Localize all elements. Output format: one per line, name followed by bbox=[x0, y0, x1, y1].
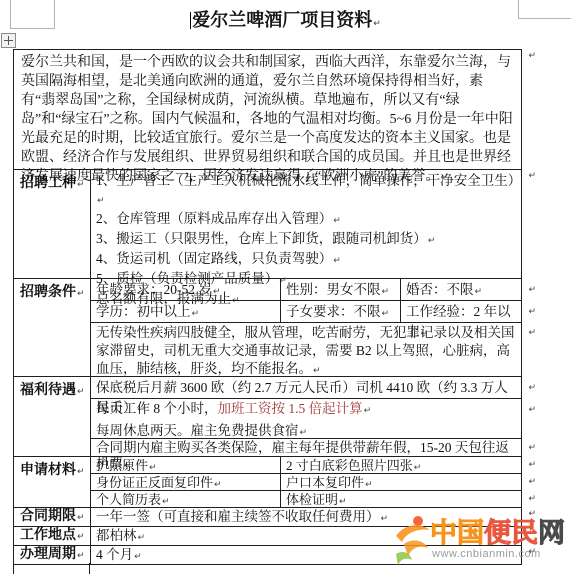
hukou-cell[interactable]: 户口本复印件↵ bbox=[281, 474, 521, 490]
materials-subrow-1: 护照原件↵ 2 寸白底彩色照片四张↵ ↵ bbox=[91, 457, 521, 474]
move-handle-icon bbox=[4, 40, 13, 41]
contract-label-cell[interactable]: 合同期限↵ bbox=[14, 508, 91, 526]
row-end-mark: ↵ bbox=[528, 302, 536, 322]
period-label-cell[interactable]: 办理周期↵ bbox=[14, 546, 91, 564]
table-row-contract: 合同期限↵ 一年一签（可直接和雇主续签不收取任何费用）↵ ↵ bbox=[14, 508, 521, 527]
location-label: 工作地点 bbox=[20, 528, 76, 543]
paragraph-mark: ↵ bbox=[134, 552, 142, 562]
conditions-subrow-1: 年龄要求：20-52 岁↵ 性别：男女不限↵ 婚否：不限↵ ↵ bbox=[91, 279, 521, 301]
paragraph-mark: ↵ bbox=[313, 366, 321, 376]
welfare-insurance-row: 合同期内雇主购买各类保险，雇主每年提供带薪年假，15-20 天包往返机票↵ ↵ bbox=[91, 439, 521, 457]
job-item-text: 4、货运司机（固定路线，只负责驾驶） bbox=[96, 251, 332, 266]
job-item: 4、货运司机（固定路线，只负责驾驶）↵ bbox=[91, 250, 521, 270]
paragraph-mark: ↵ bbox=[333, 256, 341, 266]
paragraph-mark: ↵ bbox=[428, 236, 436, 246]
photo-cell[interactable]: 2 寸白底彩色照片四张↵ bbox=[281, 457, 521, 473]
jobs-label-cell[interactable]: 招聘工种↵ bbox=[14, 170, 91, 278]
paragraph-mark: ↵ bbox=[382, 287, 390, 297]
table-row-welfare: 福利待遇↵ 保底税后月薪 3600 欧（约 2.7 万元人民币）司机 4410 … bbox=[14, 377, 521, 457]
job-item: 3、搬运工（只限男性，仓库上下卸货，跟随司机卸货）↵ bbox=[91, 230, 521, 250]
row-end-mark: ↵ bbox=[528, 440, 536, 456]
jobs-label: 招聘工种 bbox=[20, 176, 76, 191]
resume-cell[interactable]: 个人简历表↵ bbox=[91, 491, 281, 508]
table-row-materials: 申请材料↵ 护照原件↵ 2 寸白底彩色照片四张↵ ↵ 身份证正反面复印件↵ 户口… bbox=[14, 457, 521, 508]
welfare-label: 福利待遇 bbox=[20, 383, 76, 398]
welfare-salary-row: 保底税后月薪 3600 欧（约 2.7 万元人民币）司机 4410 欧（约 3.… bbox=[91, 377, 521, 399]
row-end-mark: ↵ bbox=[528, 400, 536, 420]
row-end-mark: ↵ bbox=[528, 492, 536, 507]
age-text: 年龄要求：20-52 岁 bbox=[96, 282, 212, 297]
hukou-text: 户口本复印件 bbox=[286, 475, 364, 490]
resume-text: 个人简历表 bbox=[96, 492, 161, 507]
job-item: 2、仓库管理（原料成品库存出入管理）↵ bbox=[91, 210, 521, 230]
contract-value-text: 一年一签（可直接和雇主续签不收取任何费用） bbox=[96, 509, 380, 524]
page-title: 爱尔兰啤酒厂项目资料 bbox=[192, 10, 372, 30]
paragraph-mark: ↵ bbox=[77, 387, 85, 397]
paragraph-mark: ↵ bbox=[77, 551, 85, 561]
row-end-mark: ↵ bbox=[528, 475, 536, 490]
location-value-cell[interactable]: 都柏林↵ bbox=[91, 527, 521, 545]
passport-cell[interactable]: 护照原件↵ bbox=[91, 457, 281, 473]
health-cell[interactable]: 体检证明↵ bbox=[281, 491, 521, 508]
job-item-text: 3、搬运工（只限男性，仓库上下卸货，跟随司机卸货） bbox=[96, 231, 427, 246]
idcard-text: 身份证正反面复印件 bbox=[96, 475, 213, 490]
paragraph-mark: ↵ bbox=[365, 480, 373, 490]
rest-text: 每周休息两天。雇主免费提供食宿 bbox=[96, 423, 299, 438]
marriage-text: 婚否：不限 bbox=[406, 282, 474, 297]
paragraph-mark: ↵ bbox=[333, 216, 341, 226]
table-row-conditions: 招聘条件↵ 年龄要求：20-52 岁↵ 性别：男女不限↵ 婚否：不限↵ ↵ 学历… bbox=[14, 279, 521, 377]
paragraph-mark: ↵ bbox=[97, 196, 105, 206]
contract-label: 合同期限 bbox=[20, 509, 76, 524]
paragraph-mark: ↵ bbox=[214, 480, 222, 490]
materials-subrow-2: 身份证正反面复印件↵ 户口本复印件↵ ↵ bbox=[91, 474, 521, 491]
row-end-mark: ↵ bbox=[528, 171, 536, 181]
conditions-note-cell[interactable]: 无传染性疾病四肢健全，服从管理，吃苦耐劳，无犯罪记录以及相关国家滞留史，司机无重… bbox=[91, 323, 521, 377]
table-row-jobs: 招聘工种↵ 1、生产普工（生产工人机械化流水线工作，简单操作，干净安全卫生）↵ … bbox=[14, 170, 521, 279]
table-border-continuation bbox=[89, 563, 90, 574]
location-label-cell[interactable]: 工作地点↵ bbox=[14, 527, 91, 545]
paragraph-mark: ↵ bbox=[77, 180, 85, 190]
conditions-label: 招聘条件 bbox=[20, 285, 76, 300]
table-row-intro: 爱尔兰共和国，是一个西欧的议会共和制国家，西临大西洋，东靠爱尔兰海，与英国隔海相… bbox=[14, 50, 521, 170]
row-end-mark: ↵ bbox=[528, 51, 536, 61]
location-value-text: 都柏林 bbox=[96, 528, 137, 543]
paragraph-mark: ↵ bbox=[213, 287, 221, 297]
job-item-text: 2、仓库管理（原料成品库存出入管理） bbox=[96, 211, 332, 226]
row-end-mark: ↵ bbox=[528, 547, 536, 557]
paragraph-mark: ↵ bbox=[373, 19, 381, 29]
row-end-mark: ↵ bbox=[528, 324, 536, 342]
paragraph-mark: ↵ bbox=[77, 513, 85, 523]
conditions-note-text: 无传染性疾病四肢健全，服从管理，吃苦耐劳，无犯罪记录以及相关国家滞留史，司机无重… bbox=[96, 325, 515, 376]
salary-cell[interactable]: 保底税后月薪 3600 欧（约 2.7 万元人民币）司机 4410 欧（约 3.… bbox=[91, 377, 521, 398]
paragraph-mark: ↵ bbox=[192, 309, 200, 319]
intro-cell[interactable]: 爱尔兰共和国，是一个西欧的议会共和制国家，西临大西洋，东靠爱尔兰海，与英国隔海相… bbox=[14, 50, 521, 169]
overtime-text: 加班工资按 1.5 倍起计算 bbox=[218, 401, 363, 416]
paragraph-mark: ↵ bbox=[364, 406, 372, 416]
brand-part-wang: 网 bbox=[538, 518, 565, 548]
paragraph-mark: ↵ bbox=[77, 532, 85, 542]
paragraph-mark: ↵ bbox=[339, 497, 347, 507]
insurance-cell[interactable]: 合同期内雇主购买各类保险，雇主每年提供带薪年假，15-20 天包往返机票↵ bbox=[91, 439, 521, 457]
paragraph-mark: ↵ bbox=[382, 309, 390, 319]
table-row-location: 工作地点↵ 都柏林↵ ↵ bbox=[14, 527, 521, 546]
jobs-content-cell[interactable]: 1、生产普工（生产工人机械化流水线工作，简单操作，干净安全卫生）↵ 2、仓库管理… bbox=[91, 170, 521, 278]
children-cell[interactable]: 子女要求：不限↵ bbox=[281, 301, 401, 322]
row-end-mark: ↵ bbox=[528, 528, 536, 538]
health-text: 体检证明 bbox=[286, 492, 338, 507]
materials-subrow-3: 个人简历表↵ 体检证明↵ ↵ bbox=[91, 491, 521, 508]
paragraph-mark: ↵ bbox=[149, 463, 157, 473]
table-row-period: 办理周期↵ 4 个月↵ ↵ bbox=[14, 546, 521, 564]
row-end-mark: ↵ bbox=[528, 280, 536, 300]
hours-text: 每天工作 8 个小时， bbox=[96, 401, 218, 416]
marriage-cell[interactable]: 婚否：不限↵ bbox=[401, 279, 521, 300]
paragraph-mark: ↵ bbox=[77, 467, 85, 477]
row-end-mark: ↵ bbox=[528, 458, 536, 473]
age-cell[interactable]: 年龄要求：20-52 岁↵ bbox=[91, 279, 281, 300]
conditions-label-cell[interactable]: 招聘条件↵ bbox=[14, 279, 91, 376]
passport-text: 护照原件 bbox=[96, 458, 148, 473]
paragraph-mark: ↵ bbox=[77, 289, 85, 299]
paragraph-mark: ↵ bbox=[138, 533, 146, 543]
children-text: 子女要求：不限 bbox=[286, 304, 381, 319]
welfare-label-cell[interactable]: 福利待遇↵ bbox=[14, 377, 91, 456]
gender-cell[interactable]: 性别：男女不限↵ bbox=[281, 279, 401, 300]
job-item-text: 1、生产普工（生产工人机械化流水线工作，简单操作，干净安全卫生） bbox=[96, 173, 521, 188]
intro-text: 爱尔兰共和国，是一个西欧的议会共和制国家，西临大西洋，东靠爱尔兰海，与英国隔海相… bbox=[21, 55, 513, 184]
document-title-row: 爱尔兰啤酒厂项目资料↵ bbox=[0, 8, 571, 36]
conditions-subrow-2: 学历：初中以上↵ 子女要求：不限↵ 工作经验：2 年以上↵ ↵ bbox=[91, 301, 521, 323]
period-value-text: 4 个月 bbox=[96, 547, 133, 562]
contract-value-cell[interactable]: 一年一签（可直接和雇主续签不收取任何费用）↵ bbox=[91, 508, 521, 526]
experience-cell[interactable]: 工作经验：2 年以上↵ bbox=[401, 301, 521, 322]
job-item: 1、生产普工（生产工人机械化流水线工作，简单操作，干净安全卫生）↵ bbox=[91, 172, 521, 210]
period-label: 办理周期 bbox=[20, 547, 76, 562]
photo-text: 2 寸白底彩色照片四张 bbox=[286, 458, 413, 473]
row-end-mark: ↵ bbox=[528, 378, 536, 398]
period-value-cell[interactable]: 4 个月↵ bbox=[91, 546, 521, 564]
education-text: 学历：初中以上 bbox=[96, 304, 191, 319]
document-page: 爱尔兰啤酒厂项目资料↵ 爱尔兰共和国，是一个西欧的议会共和制国家，西临大西洋，东… bbox=[0, 0, 571, 574]
paragraph-mark: ↵ bbox=[414, 463, 422, 473]
idcard-cell[interactable]: 身份证正反面复印件↵ bbox=[91, 474, 281, 490]
table-border-continuation bbox=[13, 563, 14, 574]
hours-line: 每天工作 8 个小时，加班工资按 1.5 倍起计算↵ bbox=[96, 399, 519, 421]
paragraph-mark: ↵ bbox=[162, 497, 170, 507]
materials-label-cell[interactable]: 申请材料↵ bbox=[14, 457, 91, 507]
education-cell[interactable]: 学历：初中以上↵ bbox=[91, 301, 281, 322]
row-end-mark: ↵ bbox=[528, 509, 536, 519]
materials-label: 申请材料 bbox=[20, 463, 76, 478]
gender-text: 性别：男女不限 bbox=[286, 282, 381, 297]
paragraph-mark: ↵ bbox=[300, 428, 308, 438]
project-info-table: 爱尔兰共和国，是一个西欧的议会共和制国家，西临大西洋，东靠爱尔兰海，与英国隔海相… bbox=[13, 49, 522, 565]
paragraph-mark: ↵ bbox=[475, 287, 483, 297]
welfare-hours-row[interactable]: 每天工作 8 个小时，加班工资按 1.5 倍起计算↵ 每周休息两天。雇主免费提供… bbox=[91, 399, 521, 439]
paragraph-mark: ↵ bbox=[381, 514, 389, 524]
